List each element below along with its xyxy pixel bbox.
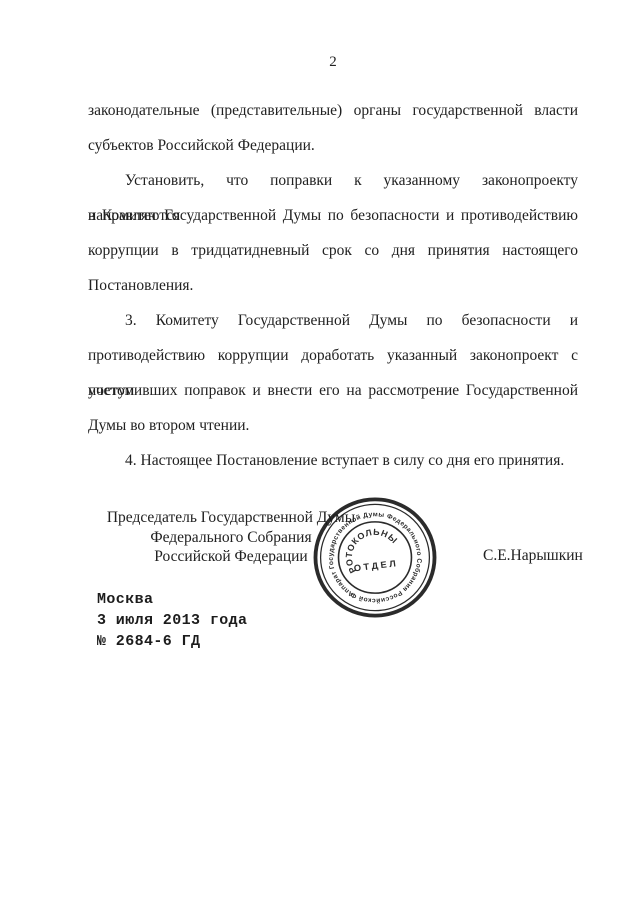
- footer-number: № 2684-6 ГД: [97, 631, 247, 652]
- text-line: Установить, что поправки к указанному за…: [88, 163, 578, 198]
- protocol-stamp: Аппарат Государственной Думы Федеральног…: [311, 495, 439, 620]
- footer-block: Москва 3 июля 2013 года № 2684-6 ГД: [97, 589, 247, 652]
- stamp-center-text: ОТДЕЛ: [353, 558, 399, 573]
- stamp-icon: Аппарат Государственной Думы Федеральног…: [311, 495, 439, 620]
- footer-city: Москва: [97, 589, 247, 610]
- document-body: законодательные (представительные) орган…: [88, 93, 578, 478]
- text-line: законодательные (представительные) орган…: [88, 93, 578, 128]
- footer-date: 3 июля 2013 года: [97, 610, 247, 631]
- svg-text:Аппарат Государственной Думы Ф: Аппарат Государственной Думы Федеральног…: [311, 495, 422, 605]
- text-line: в Комитет Государственной Думы по безопа…: [88, 198, 578, 233]
- signature-name: С.Е.Нарышкин: [483, 547, 583, 565]
- svg-text:ПРОТОКОЛЬНЫЙ: ПРОТОКОЛЬНЫЙ: [311, 495, 401, 597]
- text-line: Постановления.: [88, 268, 578, 303]
- stamp-ring-text: Аппарат Государственной Думы Федеральног…: [311, 495, 422, 605]
- text-line: противодействию коррупции доработать ука…: [88, 338, 578, 373]
- body-paragraph: 4. Настоящее Постановление вступает в си…: [88, 443, 578, 478]
- body-paragraph: законодательные (представительные) орган…: [88, 93, 578, 163]
- body-paragraph: 3. Комитету Государственной Думы по безо…: [88, 303, 578, 443]
- document-page: 2 законодательные (представительные) орг…: [0, 0, 640, 905]
- text-line: 4. Настоящее Постановление вступает в си…: [88, 443, 578, 478]
- page-number: 2: [88, 54, 578, 71]
- body-paragraph: Установить, что поправки к указанному за…: [88, 163, 578, 303]
- text-line: коррупции в тридцатидневный срок со дня …: [88, 233, 578, 268]
- text-line: Думы во втором чтении.: [88, 408, 578, 443]
- stamp-center-arched-text: ПРОТОКОЛЬНЫЙ: [311, 495, 401, 597]
- text-line: субъектов Российской Федерации.: [88, 128, 578, 163]
- text-line: поступивших поправок и внести его на рас…: [88, 373, 578, 408]
- text-line: 3. Комитету Государственной Думы по безо…: [88, 303, 578, 338]
